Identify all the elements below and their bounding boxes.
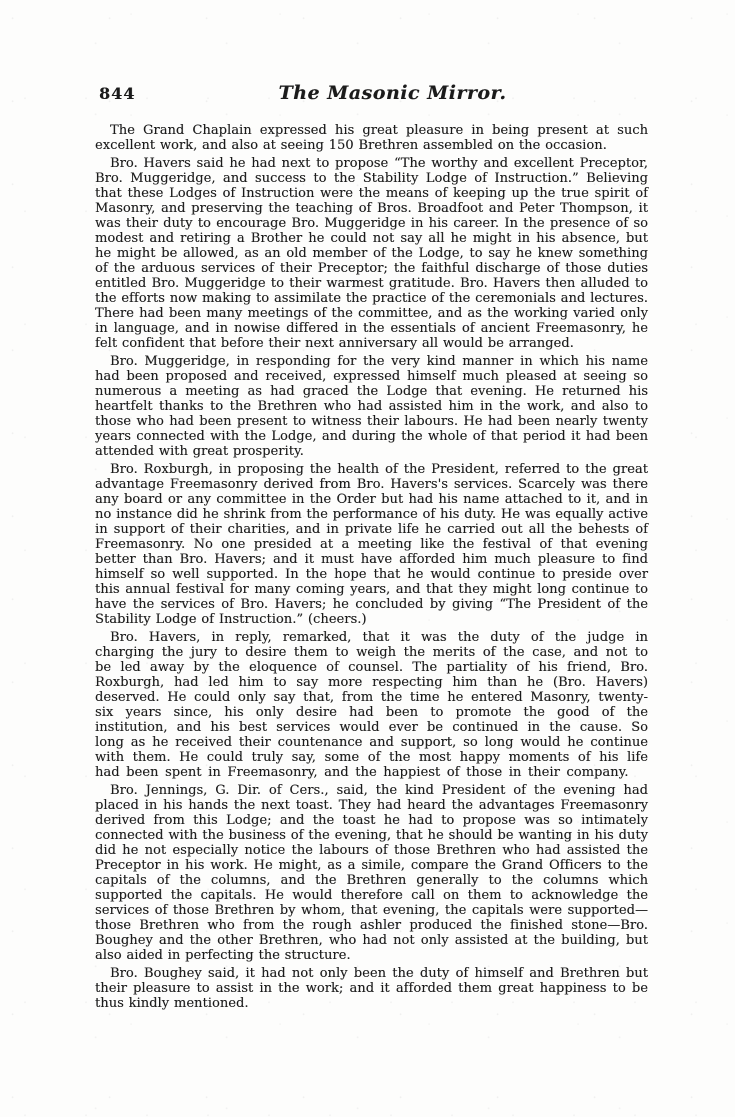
paragraph-havers-toast: Bro. Havers said he had next to propose …	[95, 156, 648, 351]
paragraph-havers-reply: Bro. Havers, in reply, remarked, that it…	[95, 630, 648, 780]
paragraph-roxburgh-toast: Bro. Roxburgh, in proposing the health o…	[95, 462, 648, 627]
paragraph-grand-chaplain: The Grand Chaplain expressed his great p…	[95, 123, 648, 153]
page-header: 844 The Masonic Mirror.	[95, 82, 648, 106]
article-body: The Grand Chaplain expressed his great p…	[95, 123, 648, 1014]
paragraph-muggeridge-response: Bro. Muggeridge, in responding for the v…	[95, 354, 648, 459]
paragraph-boughey-reply: Bro. Boughey said, it had not only been …	[95, 966, 648, 1011]
paragraph-jennings-toast: Bro. Jennings, G. Dir. of Cers., said, t…	[95, 783, 648, 963]
scanned-page: 844 The Masonic Mirror. The Grand Chapla…	[0, 0, 735, 1117]
journal-title: The Masonic Mirror.	[116, 82, 669, 104]
